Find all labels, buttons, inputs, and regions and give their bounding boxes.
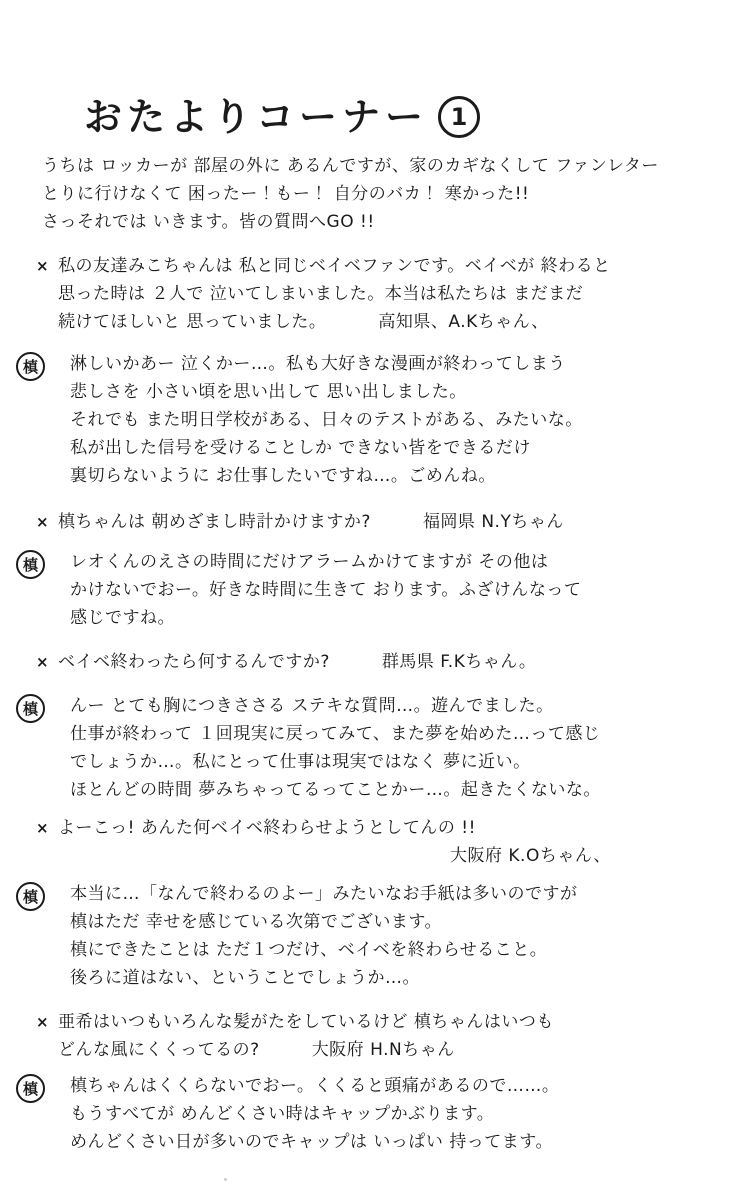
handwritten-line: 後ろに道はない、ということでしょうか…。 [58,964,739,992]
line-text: 私が出した信号を受けることしか できない皆をできるだけ [70,438,531,458]
handwritten-line: 感じですね。 [58,604,739,632]
handwritten-line: 裏切らないように お仕事したいですね…。ごめんね。 [58,462,739,490]
sender-name: 高知県、A.Kちゃん、 [378,308,548,336]
handwritten-line: 思った時は ２人で 泣いてしまいました。本当は私たちは まだまだ [58,280,739,308]
maki-answer: 槙レオくんのえさの時間にだけアラームかけてますが その他はかけないでおー。好きな… [0,548,739,632]
answer-marker-maki: 槙 [16,1074,45,1103]
handwritten-line: ベイベ終わったら何するんですか?群馬県 F.Kちゃん。 [58,648,739,676]
handwritten-line: 私の友達みこちゃんは 私と同じベイベファンです。ベイベが 終わると [58,252,739,280]
scanned-letter-page: おたよりコーナー 1 うちは ロッカーが 部屋の外に あるんですが、家のカギなく… [0,0,739,1200]
handwritten-line: さっそれでは いきます。皆の質問へGO !! [42,208,739,236]
question-marker-x: × [36,653,49,671]
sender-name: 群馬県 F.Kちゃん。 [382,648,537,676]
maki-answer: 槙本当に…「なんで終わるのよー」みたいなお手紙は多いのですが槙はただ 幸せを感じ… [0,880,739,992]
line-text: 後ろに道はない、ということでしょうか…。 [70,968,420,988]
answer-marker-maki: 槙 [16,882,45,911]
line-text: それでも また明日学校がある、日々のテストがある、みたいな。 [70,410,583,430]
handwritten-line: 大阪府 K.Oちゃん、 [58,842,739,870]
question-marker-x: × [36,1013,49,1031]
line-text: ベイベ終わったら何するんですか? [58,652,330,672]
line-text: んー とても胸につきささる ステキな質問…。遊んでました。 [70,696,554,716]
page-title: おたよりコーナー 1 [84,96,739,138]
line-text: 本当に…「なんで終わるのよー」みたいなお手紙は多いのですが [70,884,578,904]
sender-name: 大阪府 H.Nちゃん [312,1036,455,1064]
handwritten-line: ほとんどの時間 夢みちゃってるってことかー…。起きたくないな。 [58,776,739,804]
sender-name: 福岡県 N.Yちゃん [423,508,564,536]
question-marker-x: × [36,513,49,531]
handwritten-line: 槙ちゃんはくくらないでおー。くくると頭痛があるので……。 [58,1072,739,1100]
page-title-text: おたよりコーナー [84,98,428,136]
question-marker-x: × [36,819,49,837]
handwritten-line: 続けてほしいと 思っていました。高知県、A.Kちゃん、 [58,308,739,336]
line-text: 悲しさを 小さい頃を思い出して 思い出しました。 [70,382,467,402]
reader-question: ×亜希はいつもいろんな髪がたをしているけど 槙ちゃんはいつもどんな風にくくってる… [0,1008,739,1064]
line-text: さっそれでは いきます。皆の質問へGO !! [42,212,375,232]
line-text: うちは ロッカーが 部屋の外に あるんですが、家のカギなくして ファンレター [42,156,659,176]
reader-question: ×よーこっ! あんた何ベイベ終わらせようとしてんの !!大阪府 K.Oちゃん、 [0,814,739,870]
answer-marker-maki: 槙 [16,550,45,579]
line-text: 槙にできたことは ただ１つだけ、ベイベを終わらせること。 [70,940,547,960]
reader-question: ×私の友達みこちゃんは 私と同じベイベファンです。ベイベが 終わると思った時は … [0,252,739,336]
line-text: 槙ちゃんは 朝めざまし時計かけますか? [58,512,371,532]
handwritten-line: 槙はただ 幸せを感じている次第でございます。 [58,908,739,936]
line-text: どんな風にくくってるの? [58,1040,260,1060]
handwritten-line: よーこっ! あんた何ベイベ終わらせようとしてんの !! [58,814,739,842]
handwritten-line: 私が出した信号を受けることしか できない皆をできるだけ [58,434,739,462]
reader-question: ×槙ちゃんは 朝めざまし時計かけますか?福岡県 N.Yちゃん [0,508,739,536]
answer-marker-maki: 槙 [16,694,45,723]
line-text: 裏切らないように お仕事したいですね…。ごめんね。 [70,466,496,486]
handwritten-line: 亜希はいつもいろんな髪がたをしているけど 槙ちゃんはいつも [58,1008,739,1036]
line-text: めんどくさい日が多いのでキャップは いっぱい 持ってます。 [70,1132,553,1152]
handwritten-line: 本当に…「なんで終わるのよー」みたいなお手紙は多いのですが [58,880,739,908]
circled-one-icon: 1 [438,96,480,138]
maki-answer: 槙淋しいかあー 泣くかー…。私も大好きな漫画が終わってしまう悲しさを 小さい頃を… [0,350,739,490]
handwritten-line: めんどくさい日が多いのでキャップは いっぱい 持ってます。 [58,1128,739,1156]
handwritten-line: とりに行けなくて 困ったー！もー！ 自分のバカ！ 寒かった!! [42,180,739,208]
line-text: 槙はただ 幸せを感じている次第でございます。 [70,912,442,932]
line-text: 亜希はいつもいろんな髪がたをしているけど 槙ちゃんはいつも [58,1012,554,1032]
maki-answer: 槙んー とても胸につきささる ステキな質問…。遊んでました。仕事が終わって １回… [0,692,739,804]
line-text: 私の友達みこちゃんは 私と同じベイベファンです。ベイベが 終わると [58,256,611,276]
handwritten-line: 淋しいかあー 泣くかー…。私も大好きな漫画が終わってしまう [58,350,739,378]
intro-paragraph: うちは ロッカーが 部屋の外に あるんですが、家のカギなくして ファンレターとり… [0,152,739,236]
handwritten-line: 悲しさを 小さい頃を思い出して 思い出しました。 [58,378,739,406]
handwritten-line: それでも また明日学校がある、日々のテストがある、みたいな。 [58,406,739,434]
line-text: レオくんのえさの時間にだけアラームかけてますが その他は [70,552,548,572]
line-text: でしょうか…。私にとって仕事は現実ではなく 夢に近い。 [70,752,531,772]
handwritten-line: かけないでおー。好きな時間に生きて おります。ふざけんなって [58,576,739,604]
line-text: よーこっ! あんた何ベイベ終わらせようとしてんの !! [58,818,476,838]
handwritten-line: でしょうか…。私にとって仕事は現実ではなく 夢に近い。 [58,748,739,776]
line-text: 槙ちゃんはくくらないでおー。くくると頭痛があるので……。 [70,1076,559,1096]
line-text: とりに行けなくて 困ったー！もー！ 自分のバカ！ 寒かった!! [42,184,529,204]
line-text: 思った時は ２人で 泣いてしまいました。本当は私たちは まだまだ [58,284,583,304]
handwritten-line: んー とても胸につきささる ステキな質問…。遊んでました。 [58,692,739,720]
handwritten-line: レオくんのえさの時間にだけアラームかけてますが その他は [58,548,739,576]
handwritten-line: 槙ちゃんは 朝めざまし時計かけますか?福岡県 N.Yちゃん [58,508,739,536]
line-text: 仕事が終わって １回現実に戻ってみて、また夢を始めた…って感じ [70,724,600,744]
handwritten-line: どんな風にくくってるの?大阪府 H.Nちゃん [58,1036,739,1064]
handwritten-line: 槙にできたことは ただ１つだけ、ベイベを終わらせること。 [58,936,739,964]
handwritten-line: うちは ロッカーが 部屋の外に あるんですが、家のカギなくして ファンレター [42,152,739,180]
reader-question: ×ベイベ終わったら何するんですか?群馬県 F.Kちゃん。 [0,648,739,676]
line-text: ほとんどの時間 夢みちゃってるってことかー…。起きたくないな。 [70,780,601,800]
line-text: 続けてほしいと 思っていました。 [58,312,326,332]
line-text: もうすべてが めんどくさい時はキャップかぶります。 [70,1104,494,1124]
line-text: かけないでおー。好きな時間に生きて おります。ふざけんなって [70,580,581,600]
maki-answer: 槙槙ちゃんはくくらないでおー。くくると頭痛があるので……。もうすべてが めんどく… [0,1072,739,1156]
sender-name: 大阪府 K.Oちゃん、 [450,846,611,866]
scan-speck [224,1178,227,1181]
handwritten-line: 仕事が終わって １回現実に戻ってみて、また夢を始めた…って感じ [58,720,739,748]
letter-body: うちは ロッカーが 部屋の外に あるんですが、家のカギなくして ファンレターとり… [0,152,739,1156]
question-marker-x: × [36,257,49,275]
handwritten-line: もうすべてが めんどくさい時はキャップかぶります。 [58,1100,739,1128]
line-text: 淋しいかあー 泣くかー…。私も大好きな漫画が終わってしまう [70,354,566,374]
answer-marker-maki: 槙 [16,352,45,381]
line-text: 感じですね。 [70,608,175,628]
